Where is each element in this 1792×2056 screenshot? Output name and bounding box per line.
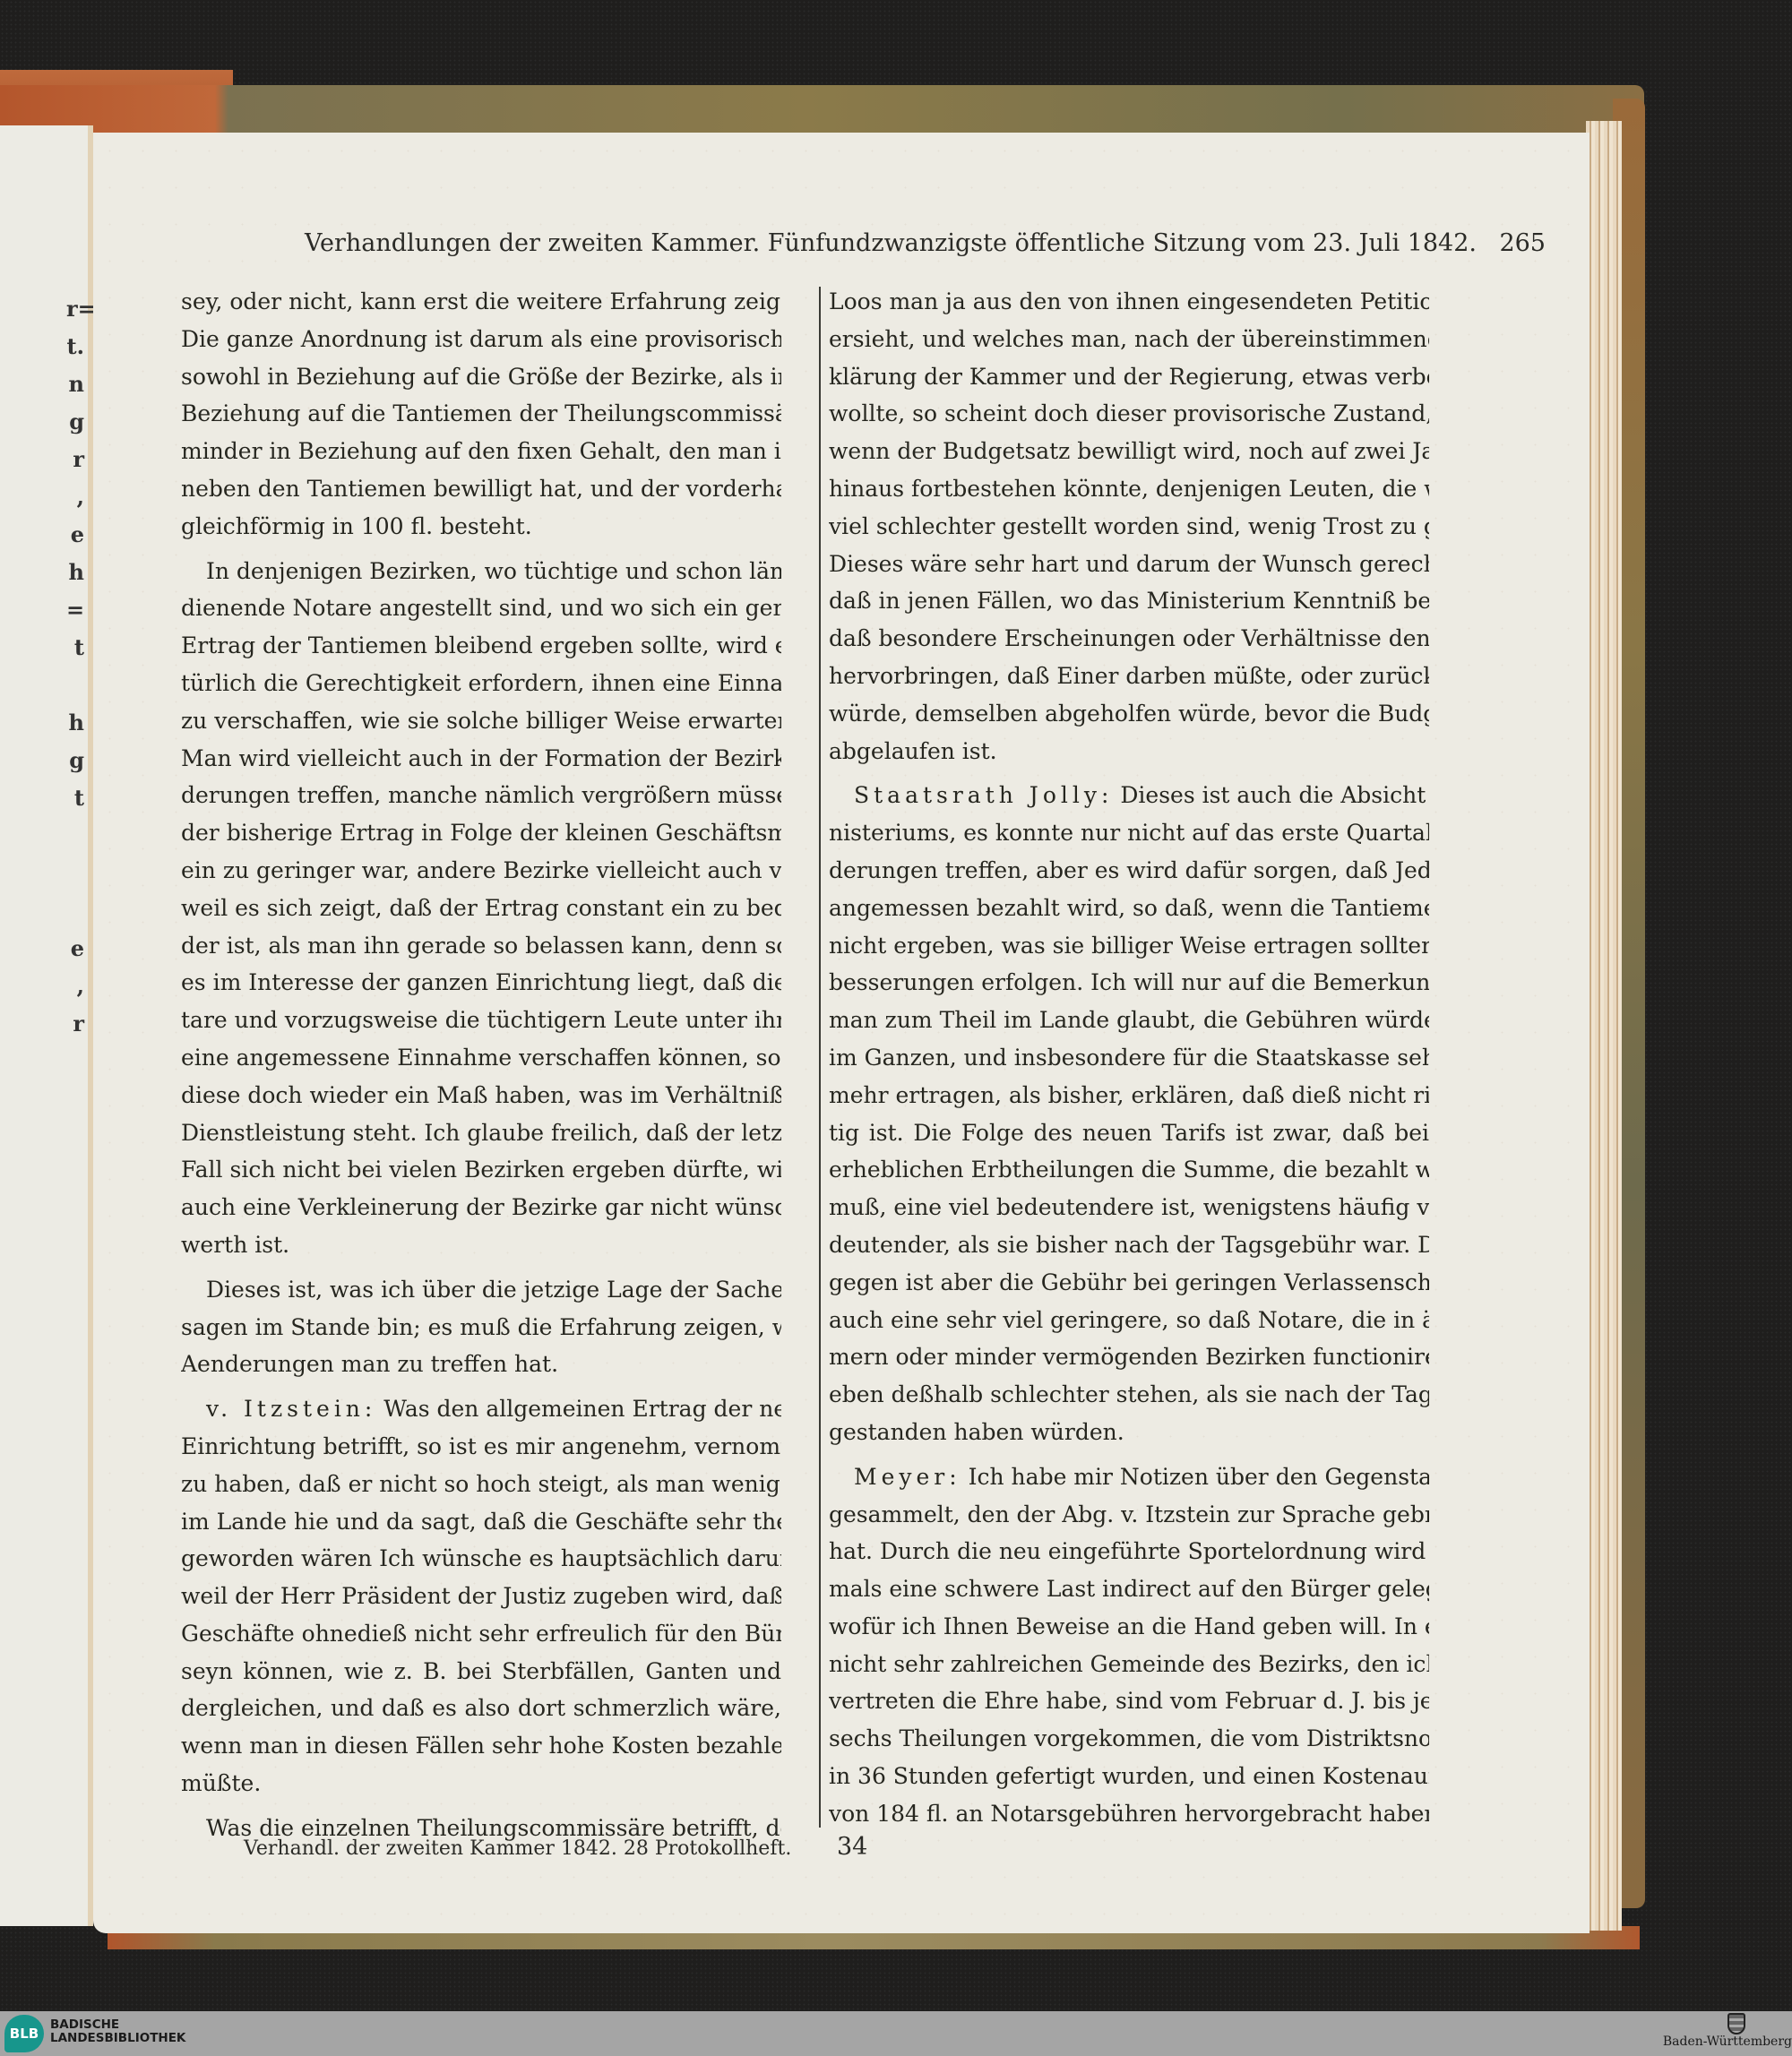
paragraph: Dieses ist, was ich über die jetzige Lag… [181, 1271, 781, 1383]
text-line: muß, eine viel bedeutendere ist, wenigst… [829, 1189, 1429, 1226]
page-edges [1586, 121, 1622, 1931]
paragraph-gap [829, 770, 1429, 777]
clipped-text-fragment: t [66, 785, 84, 811]
text-line: Ertrag der Tantiemen bleibend ergeben so… [181, 627, 781, 665]
signature-line: Verhandl. der zweiten Kammer 1842. 28 Pr… [244, 1837, 791, 1860]
clipped-text-fragment: n [66, 371, 84, 397]
paragraph-gap [829, 1451, 1429, 1458]
clipped-text-fragment: e [66, 935, 84, 961]
text-line: seyn können, wie z. B. bei Sterbfällen, … [181, 1653, 781, 1690]
text-line: vertreten die Ehre habe, sind vom Februa… [829, 1682, 1429, 1720]
clipped-text-fragment: r [66, 1011, 84, 1037]
paragraph: Loos man ja aus den von ihnen eingesende… [829, 283, 1429, 770]
signature-number: 34 [837, 1833, 867, 1861]
text-line: wenn der Budgetsatz bewilligt wird, noch… [829, 433, 1429, 470]
text-line: In denjenigen Bezirken, wo tüchtige und … [181, 553, 781, 590]
text-line: türlich die Gerechtigkeit erfordern, ihn… [181, 665, 781, 702]
text-line: gleichförmig in 100 fl. besteht. [181, 508, 781, 546]
library-name-line1: BADISCHE [50, 2018, 185, 2032]
text-line: Dieses ist, was ich über die jetzige Lag… [181, 1271, 781, 1309]
paragraph-gap [181, 1383, 781, 1390]
text-line: in 36 Stunden gefertigt wurden, und eine… [829, 1758, 1429, 1795]
paragraph-gap [181, 546, 781, 553]
text-line: tare und vorzugsweise die tüchtigern Leu… [181, 1002, 781, 1039]
text-line: hinaus fortbestehen könnte, denjenigen L… [829, 470, 1429, 508]
text-line: der ist, als man ihn gerade so belassen … [181, 927, 781, 965]
text-line: zu haben, daß er nicht so hoch steigt, a… [181, 1466, 781, 1503]
text-line: Meyer: Ich habe mir Notizen über den Geg… [829, 1458, 1429, 1496]
text-line: daß besondere Erscheinungen oder Verhält… [829, 620, 1429, 658]
library-name-line2: LANDESBIBLIOTHEK [50, 2032, 185, 2045]
clipped-text-fragment: e [66, 521, 84, 547]
text-line: ersieht, und welches man, nach der übere… [829, 321, 1429, 358]
text-line: wollte, so scheint doch dieser provisori… [829, 395, 1429, 433]
text-line: gegen ist aber die Gebühr bei geringen V… [829, 1264, 1429, 1302]
text-line: Einrichtung betrifft, so ist es mir ange… [181, 1428, 781, 1466]
paragraph: sey, oder nicht, kann erst die weitere E… [181, 283, 781, 546]
speaker-name: Meyer: [829, 1464, 961, 1490]
text-line: mals eine schwere Last indirect auf den … [829, 1570, 1429, 1608]
paragraph: v. Itzstein: Was den allgemeinen Ertrag … [181, 1390, 781, 1802]
text-line: es im Interesse der ganzen Einrichtung l… [181, 964, 781, 1002]
clipped-text-fragment: g [66, 747, 84, 773]
text-line: nicht ergeben, was sie billiger Weise er… [829, 927, 1429, 965]
facing-page-left: r=t.ngr,eh=thgte,r [0, 125, 93, 1926]
text-line: derungen treffen, aber es wird dafür sor… [829, 852, 1429, 890]
text-line: Fall sich nicht bei vielen Bezirken erge… [181, 1151, 781, 1189]
blb-logo-icon[interactable]: BLB [4, 2015, 44, 2052]
text-line: Dienstleistung steht. Ich glaube freilic… [181, 1114, 781, 1152]
text-line: weil es sich zeigt, daß der Ertrag const… [181, 890, 781, 927]
text-line: derungen treffen, manche nämlich vergröß… [181, 777, 781, 814]
text-line: sagen im Stande bin; es muß die Erfahrun… [181, 1309, 781, 1346]
brand-footer-bar: BLB BADISCHE LANDESBIBLIOTHEK Baden-Würt… [0, 2011, 1792, 2056]
text-line: deutender, als sie bisher nach der Tagsg… [829, 1226, 1429, 1264]
text-line: minder in Beziehung auf den fixen Gehalt… [181, 433, 781, 470]
paragraph-gap [181, 1264, 781, 1271]
text-line: auch eine sehr viel geringere, so daß No… [829, 1302, 1429, 1339]
clipped-text-fragment: h [66, 710, 84, 736]
paragraph-gap [181, 1802, 781, 1810]
text-line: würde, demselben abgeholfen würde, bevor… [829, 695, 1429, 733]
clipped-text-fragment: r [66, 446, 84, 472]
clipped-text-fragment: t. [66, 333, 84, 359]
text-line: geworden wären Ich wünsche es hauptsächl… [181, 1540, 781, 1578]
state-name[interactable]: Baden-Württemberg [1663, 2034, 1792, 2049]
text-line: erheblichen Erbtheilungen die Summe, die… [829, 1151, 1429, 1189]
text-line: angemessen bezahlt wird, so daß, wenn di… [829, 890, 1429, 927]
text-column-right: Loos man ja aus den von ihnen eingesende… [829, 283, 1429, 1833]
speaker-name: v. Itzstein: [181, 1396, 376, 1422]
text-line: von 184 fl. an Notarsgebühren hervorgebr… [829, 1795, 1429, 1833]
clipped-text-fragment: , [66, 484, 84, 510]
clipped-text-fragment: t [66, 634, 84, 660]
speaker-name: Staatsrath Jolly: [829, 782, 1113, 808]
text-line: hervorbringen, daß Einer darben müßte, o… [829, 658, 1429, 695]
library-name[interactable]: BADISCHE LANDESBIBLIOTHEK [50, 2018, 185, 2045]
running-head: Verhandlungen der zweiten Kammer. Fünfun… [305, 229, 1546, 265]
text-line: gesammelt, den der Abg. v. Itzstein zur … [829, 1496, 1429, 1534]
document-page: Verhandlungen der zweiten Kammer. Fünfun… [93, 133, 1590, 1933]
clipped-text-fragment: = [66, 597, 84, 623]
text-line: im Ganzen, und insbesondere für die Staa… [829, 1039, 1429, 1077]
coat-of-arms-icon [1727, 2013, 1745, 2034]
text-line: klärung der Kammer und der Regierung, et… [829, 358, 1429, 396]
text-column-left: sey, oder nicht, kann erst die weitere E… [181, 283, 781, 1847]
column-divider [819, 287, 821, 1828]
text-line: viel schlechter gestellt worden sind, we… [829, 508, 1429, 546]
text-line: besserungen erfolgen. Ich will nur auf d… [829, 964, 1429, 1002]
clipped-text-fragment: , [66, 973, 84, 999]
text-line: nisteriums, es konnte nur nicht auf das … [829, 814, 1429, 852]
text-line: Man wird vielleicht auch in der Formatio… [181, 740, 781, 778]
text-line: werth ist. [181, 1226, 781, 1264]
text-line: Loos man ja aus den von ihnen eingesende… [829, 283, 1429, 321]
text-line: sowohl in Beziehung auf die Größe der Be… [181, 358, 781, 396]
text-line: müßte. [181, 1765, 781, 1802]
text-line: zu verschaffen, wie sie solche billiger … [181, 702, 781, 740]
book-cover-top-edge [0, 85, 1644, 139]
text-line: sechs Theilungen vorgekommen, die vom Di… [829, 1720, 1429, 1758]
text-line: eine angemessene Einnahme verschaffen kö… [181, 1039, 781, 1077]
text-line: im Lande hie und da sagt, daß die Geschä… [181, 1503, 781, 1541]
text-line: v. Itzstein: Was den allgemeinen Ertrag … [181, 1390, 781, 1428]
text-line: sey, oder nicht, kann erst die weitere E… [181, 283, 781, 321]
text-line: Die ganze Anordnung ist darum als eine p… [181, 321, 781, 358]
text-line: eben deßhalb schlechter stehen, als sie … [829, 1376, 1429, 1414]
text-line: auch eine Verkleinerung der Bezirke gar … [181, 1189, 781, 1226]
text-line: wofür ich Ihnen Beweise an die Hand gebe… [829, 1608, 1429, 1646]
clipped-text-fragment: h [66, 559, 84, 585]
running-head-title: Verhandlungen der zweiten Kammer. Fünfun… [305, 229, 1477, 257]
text-line: Aenderungen man zu treffen hat. [181, 1346, 781, 1383]
text-line: Beziehung auf die Tantiemen der Theilung… [181, 395, 781, 433]
paragraph: Staatsrath Jolly: Dieses ist auch die Ab… [829, 777, 1429, 1450]
text-line: ein zu geringer war, andere Bezirke viel… [181, 852, 781, 890]
clipped-text-fragment: g [66, 409, 84, 434]
text-line: man zum Theil im Lande glaubt, die Gebüh… [829, 1002, 1429, 1039]
text-line: mern oder minder vermögenden Bezirken fu… [829, 1338, 1429, 1376]
paragraph: In denjenigen Bezirken, wo tüchtige und … [181, 553, 781, 1264]
paragraph: Meyer: Ich habe mir Notizen über den Geg… [829, 1458, 1429, 1833]
text-line: daß in jenen Fällen, wo das Ministerium … [829, 582, 1429, 620]
text-line: dienende Notare angestellt sind, und wo … [181, 589, 781, 627]
text-line: diese doch wieder ein Maß haben, was im … [181, 1077, 781, 1114]
text-line: tig ist. Die Folge des neuen Tarifs ist … [829, 1114, 1429, 1152]
text-line: nicht sehr zahlreichen Gemeinde des Bezi… [829, 1646, 1429, 1683]
page-number: 265 [1499, 229, 1546, 257]
text-line: abgelaufen ist. [829, 733, 1429, 770]
text-line: neben den Tantiemen bewilligt hat, und d… [181, 470, 781, 508]
text-line: dergleichen, und daß es also dort schmer… [181, 1690, 781, 1727]
text-line: der bisherige Ertrag in Folge der kleine… [181, 814, 781, 852]
text-line: gestanden haben würden. [829, 1414, 1429, 1451]
text-line: Staatsrath Jolly: Dieses ist auch die Ab… [829, 777, 1429, 814]
text-line: wenn man in diesen Fällen sehr hohe Kost… [181, 1727, 781, 1765]
text-line: Dieses wäre sehr hart und darum der Wuns… [829, 546, 1429, 583]
text-line: Geschäfte ohnedieß nicht sehr erfreulich… [181, 1615, 781, 1653]
text-line: weil der Herr Präsident der Justiz zugeb… [181, 1578, 781, 1615]
text-line: mehr ertragen, als bisher, erklären, daß… [829, 1077, 1429, 1114]
text-line: hat. Durch die neu eingeführte Sportelor… [829, 1533, 1429, 1570]
clipped-text-fragment: r= [66, 296, 84, 322]
